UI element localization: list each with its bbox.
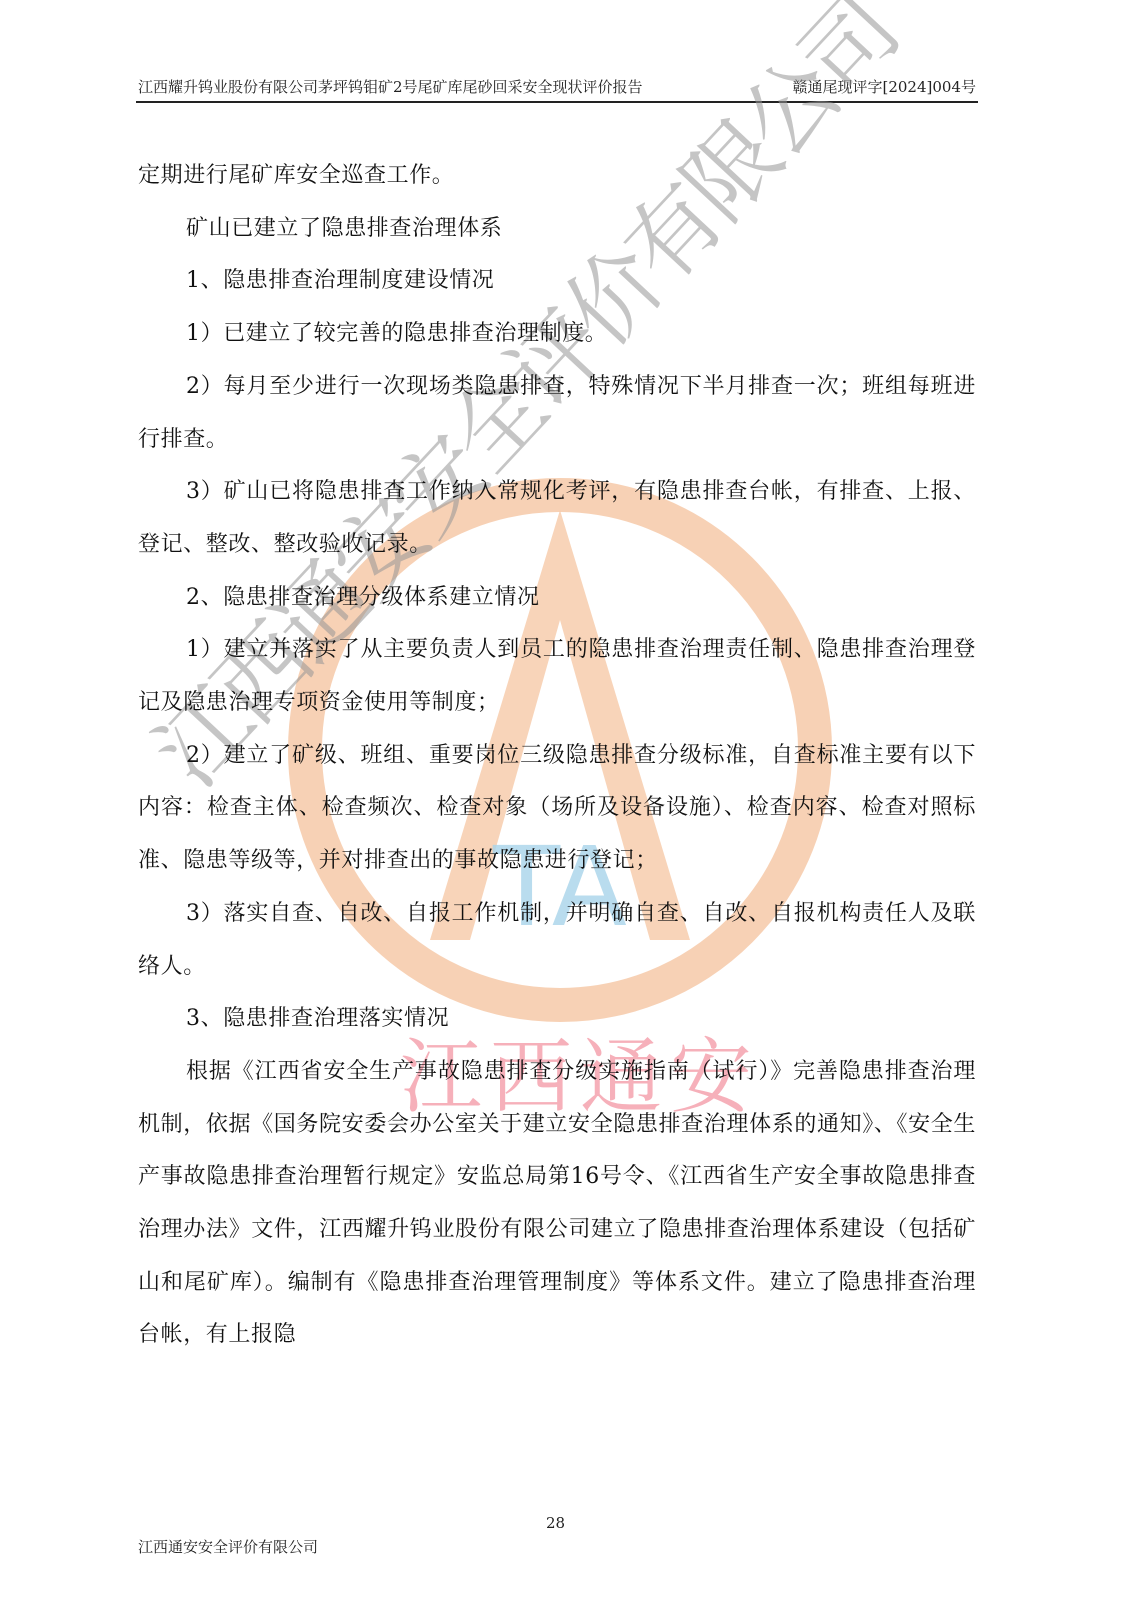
paragraph: 定期进行尾矿库安全巡查工作。 xyxy=(138,150,976,203)
paragraph: 1）已建立了较完善的隐患排查治理制度。 xyxy=(138,308,976,361)
section-heading: 1、隐患排查治理制度建设情况 xyxy=(138,255,976,308)
document-body: 定期进行尾矿库安全巡查工作。 矿山已建立了隐患排查治理体系 1、隐患排查治理制度… xyxy=(138,150,976,1362)
paragraph: 2）建立了矿级、班组、重要岗位三级隐患排查分级标准，自查标准主要有以下内容：检查… xyxy=(138,730,976,888)
paragraph: 2）每月至少进行一次现场类隐患排查，特殊情况下半月排查一次；班组每班进行排查。 xyxy=(138,361,976,466)
paragraph: 根据《江西省安全生产事故隐患排查分级实施指南（试行）》完善隐患排查治理机制，依据… xyxy=(138,1046,976,1362)
header-divider xyxy=(136,101,978,103)
document-number: 赣通尾现评字[2024]004号 xyxy=(792,76,976,97)
page-header: 江西耀升钨业股份有限公司茅坪钨钼矿2号尾矿库尾砂回采安全现状评价报告 赣通尾现评… xyxy=(138,76,976,100)
page-number: 28 xyxy=(546,1514,565,1532)
report-title: 江西耀升钨业股份有限公司茅坪钨钼矿2号尾矿库尾砂回采安全现状评价报告 xyxy=(138,76,643,97)
paragraph: 3）矿山已将隐患排查工作纳入常规化考评，有隐患排查台帐，有排查、上报、登记、整改… xyxy=(138,466,976,571)
paragraph: 3）落实自查、自改、自报工作机制，并明确自查、自改、自报机构责任人及联络人。 xyxy=(138,888,976,993)
section-heading: 3、隐患排查治理落实情况 xyxy=(138,993,976,1046)
paragraph: 1）建立并落实了从主要负责人到员工的隐患排查治理责任制、隐患排查治理登记及隐患治… xyxy=(138,624,976,729)
footer-company: 江西通安安全评价有限公司 xyxy=(138,1536,318,1557)
section-heading: 2、隐患排查治理分级体系建立情况 xyxy=(138,572,976,625)
paragraph: 矿山已建立了隐患排查治理体系 xyxy=(138,203,976,256)
